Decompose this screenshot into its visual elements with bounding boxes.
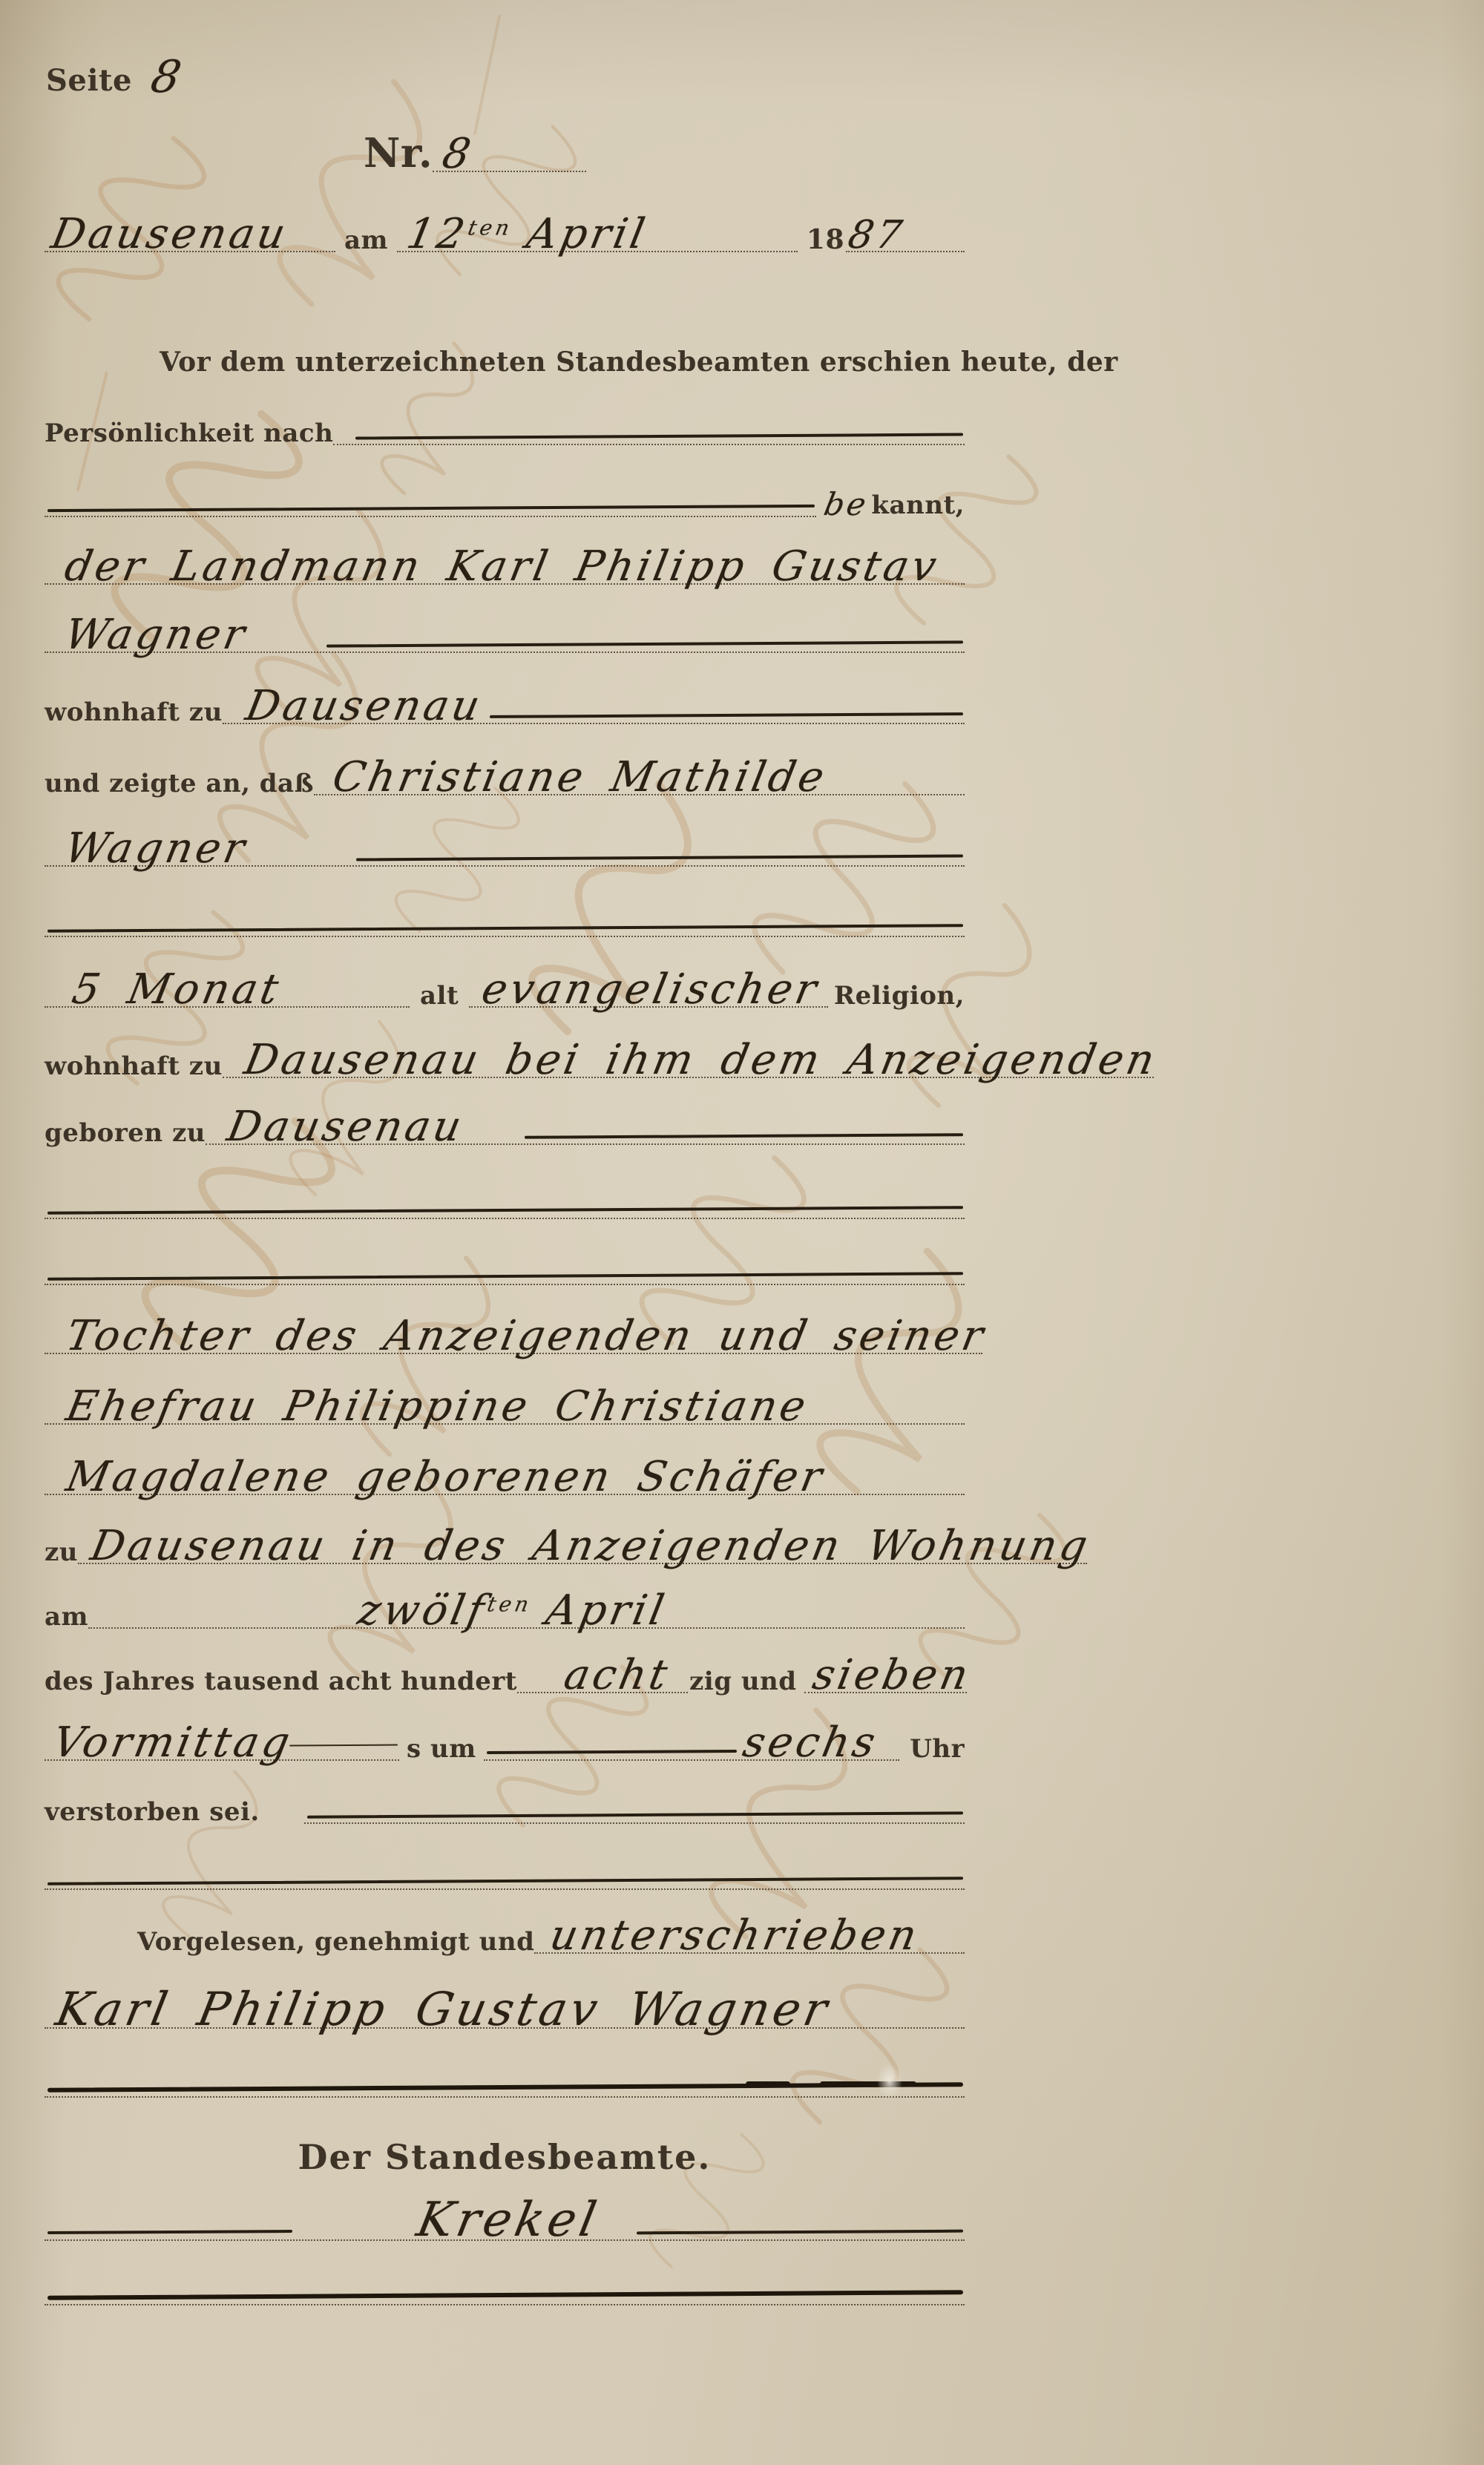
death-time-row: Vormittag s um sechs Uhr <box>45 1704 965 1761</box>
strike-mark <box>355 433 963 439</box>
declarant-signature-row: Karl Philipp Gustav Wagner <box>45 1966 965 2029</box>
strike-mark <box>637 2230 963 2235</box>
age-religion-row: 5 Monat alt evangelischer Religion, <box>45 951 965 1008</box>
declarant-signature: Karl Philipp Gustav Wagner <box>53 1992 833 2027</box>
strike-mark <box>525 1133 963 1139</box>
record-number: Nr. 8 <box>364 113 586 172</box>
deceased-name-entry: Christiane Mathilde <box>330 761 830 794</box>
blank-rule: unterschrieben <box>534 1897 965 1954</box>
paper-smudge <box>877 2064 902 2098</box>
final-line-row <box>45 2249 965 2305</box>
known-prefix-entry: be <box>822 493 870 517</box>
death-year-ones-entry: sieben <box>810 1659 974 1692</box>
ink-blob <box>746 2081 790 2087</box>
death-statement-row: verstorben sei. <box>45 1767 965 1824</box>
personality-row: Persönlichkeit nach <box>45 389 965 445</box>
death-place-row: zu Dausenau in des Anzeigenden Wohnung <box>45 1508 965 1564</box>
religion-label: Religion, <box>834 984 965 1008</box>
declarant-row-1: der Landmann Karl Philipp Gustav <box>45 528 965 585</box>
blank-rule: acht <box>517 1637 688 1693</box>
blank-rule <box>45 2249 965 2305</box>
blank-rule <box>333 389 965 445</box>
blank-rule <box>304 1767 965 1824</box>
blank-rule <box>45 1834 965 1890</box>
death-place-label: zu <box>45 1540 78 1564</box>
registrar-signature-row: Krekel <box>45 2185 965 2241</box>
death-place-entry: Dausenau in des Anzeigenden Wohnung <box>88 1530 1093 1563</box>
death-date-entry: zwölftenApril <box>355 1595 669 1627</box>
deceased-residence-row: wohnhaft zu Dausenau bei ihm dem Anzeige… <box>45 1022 965 1078</box>
blank-rule: Dausenau <box>223 668 965 724</box>
strike-mark <box>47 1272 963 1281</box>
blank-rule: 87 <box>846 190 965 252</box>
deceased-residence-label: wohnhaft zu <box>45 1054 223 1078</box>
struck-blank-row <box>45 881 965 937</box>
declarant-row-2: Wagner <box>45 597 965 653</box>
declarant-surname-entry: Wagner <box>62 619 250 651</box>
death-day-ordinal: ten <box>485 1592 534 1617</box>
blank-rule: zwölftenApril <box>88 1572 965 1629</box>
death-year-row: des Jahres tausend acht hundert acht zig… <box>45 1637 965 1693</box>
strike-mark <box>47 1206 963 1215</box>
death-time-mid-label: s um <box>407 1737 476 1761</box>
struck-blank-row <box>45 1834 965 1890</box>
registrar-signature: Krekel <box>414 2202 603 2239</box>
attestation-row: Vorgelesen, genehmigt und unterschrieben <box>45 1897 965 1954</box>
blank-rule: sieben <box>804 1637 968 1693</box>
birthplace-label: geboren zu <box>45 1121 206 1145</box>
blank-rule: Tochter des Anzeigenden und seiner <box>45 1298 982 1354</box>
dateline-ordinal: ten <box>466 216 515 240</box>
strike-mark <box>356 855 963 861</box>
death-day-entry: zwölf <box>354 1586 491 1635</box>
birthplace-entry: Dausenau <box>225 1111 467 1143</box>
blank-rule: Dausenau in des Anzeigenden Wohnung <box>78 1508 1087 1564</box>
blank-rule: evangelischer <box>469 951 828 1008</box>
death-year-mid-label: zig und <box>689 1670 797 1693</box>
struck-blank-row <box>45 1163 965 1219</box>
blank-rule: Magdalene geborenen Schäfer <box>45 1439 965 1495</box>
blank-rule: der Landmann Karl Philipp Gustav <box>45 528 965 585</box>
page-number: 8 <box>148 60 187 95</box>
dateline-place-entry: Dausenau <box>49 218 291 251</box>
strike-mark <box>47 2290 963 2300</box>
blank-rule: Dausenau <box>45 190 335 252</box>
blank-rule <box>45 1229 965 1285</box>
closing-line-row <box>45 2041 965 2098</box>
blank-rule: Karl Philipp Gustav Wagner <box>45 1966 965 2029</box>
death-year-label: des Jahres tausend acht hundert <box>45 1670 517 1693</box>
record-number-label: Nr. <box>364 134 433 172</box>
strike-mark <box>307 1811 963 1818</box>
blank-rule <box>45 2041 965 2098</box>
strike-mark <box>326 640 963 647</box>
report-label: und zeigte an, daß <box>45 772 314 795</box>
death-statement-label: verstorben sei. <box>45 1800 260 1824</box>
known-label: kannt, <box>871 493 965 517</box>
residence-entry: Dausenau <box>243 690 485 723</box>
strike-mark <box>487 1750 737 1754</box>
strike-mark <box>47 2230 292 2234</box>
dateline-year-printed: 18 <box>807 227 844 252</box>
parentage-entry-2: Ehefrau Philippine Christiane <box>64 1391 811 1423</box>
intro-row: Vor dem unterzeichneten Standesbeamten e… <box>45 318 965 375</box>
blank-rule: 8 <box>433 113 586 172</box>
dateline-month-entry: April <box>523 210 652 258</box>
registrar-title: Der Standesbeamte. <box>298 2141 712 2174</box>
personality-label: Persönlichkeit nach <box>45 421 333 445</box>
blank-rule <box>45 461 816 517</box>
blank-rule: Wagner <box>45 810 965 867</box>
death-hour-entry: sechs <box>741 1727 881 1759</box>
parentage-row-2: Ehefrau Philippine Christiane <box>45 1368 965 1425</box>
registrar-title-row: Der Standesbeamte. <box>45 2118 965 2174</box>
declarant-entry: der Landmann Karl Philipp Gustav <box>62 551 942 583</box>
dateline-row: Dausenau am 12tenApril 18 87 <box>45 190 965 252</box>
residence-row: wohnhaft zu Dausenau <box>45 668 965 724</box>
blank-rule <box>45 1163 965 1219</box>
blank-rule <box>45 881 965 937</box>
parentage-row-3: Magdalene geborenen Schäfer <box>45 1439 965 1495</box>
report-row: und zeigte an, daß Christiane Mathilde <box>45 739 965 795</box>
deceased-residence-entry: Dausenau bei ihm dem Anzeigenden <box>242 1044 1160 1077</box>
strike-mark <box>47 924 963 933</box>
birthplace-row: geboren zu Dausenau <box>45 1089 965 1145</box>
blank-rule: Vormittag <box>45 1704 399 1761</box>
dateline-day-entry: 12 <box>403 210 472 258</box>
intro-text: Vor dem unterzeichneten Standesbeamten e… <box>160 349 1118 375</box>
page-header: Seite 8 <box>46 36 358 95</box>
death-date-label: am <box>45 1605 88 1629</box>
death-time-entry: Vormittag <box>50 1727 295 1759</box>
residence-label: wohnhaft zu <box>45 700 223 724</box>
blank-rule: Dausenau bei ihm dem Anzeigenden <box>223 1022 1154 1078</box>
deceased-surname-entry: Wagner <box>62 833 250 865</box>
religion-entry: evangelischer <box>479 974 822 1006</box>
death-time-unit-label: Uhr <box>910 1737 965 1761</box>
parentage-entry-3: Magdalene geborenen Schäfer <box>64 1461 827 1494</box>
attestation-label: Vorgelesen, genehmigt und <box>137 1930 534 1954</box>
dateline-am-label: am <box>344 229 388 252</box>
blank-rule: Ehefrau Philippine Christiane <box>45 1368 965 1425</box>
age-entry: 5 Monat <box>70 974 284 1006</box>
blank-rule: 12tenApril <box>397 190 798 252</box>
strike-mark <box>47 505 815 512</box>
dateline-date-entry: 12tenApril <box>404 218 650 251</box>
blank-rule: Krekel <box>45 2185 965 2241</box>
strike-mark <box>490 712 963 718</box>
blank-rule: 5 Monat <box>45 951 410 1008</box>
death-date-row: am zwölftenApril <box>45 1572 965 1629</box>
blank-rule: sechs <box>484 1704 900 1761</box>
page-label: Seite <box>46 67 132 95</box>
known-row: be kannt, <box>45 461 965 517</box>
record-number-value: 8 <box>440 138 476 171</box>
parentage-row-1: Tochter des Anzeigenden und seiner <box>45 1298 965 1354</box>
death-month-entry: April <box>542 1586 672 1635</box>
blank-rule: Dausenau <box>206 1089 965 1145</box>
struck-blank-row <box>45 1229 965 1285</box>
death-year-tens-entry: acht <box>562 1659 673 1692</box>
connecting-stroke <box>289 1744 398 1747</box>
dateline-year-entry: 87 <box>846 220 907 251</box>
death-register-page: Seite 8 Nr. 8 Dausenau am 12tenApril 18 … <box>0 0 1484 2465</box>
deceased-surname-row: Wagner <box>45 810 965 867</box>
parentage-entry-1: Tochter des Anzeigenden und seiner <box>64 1320 989 1353</box>
blank-rule: Wagner <box>45 597 965 653</box>
age-label: alt <box>420 984 459 1008</box>
blank-rule: Christiane Mathilde <box>314 739 965 795</box>
attestation-entry: unterschrieben <box>548 1920 922 1952</box>
strike-mark <box>47 1877 963 1885</box>
